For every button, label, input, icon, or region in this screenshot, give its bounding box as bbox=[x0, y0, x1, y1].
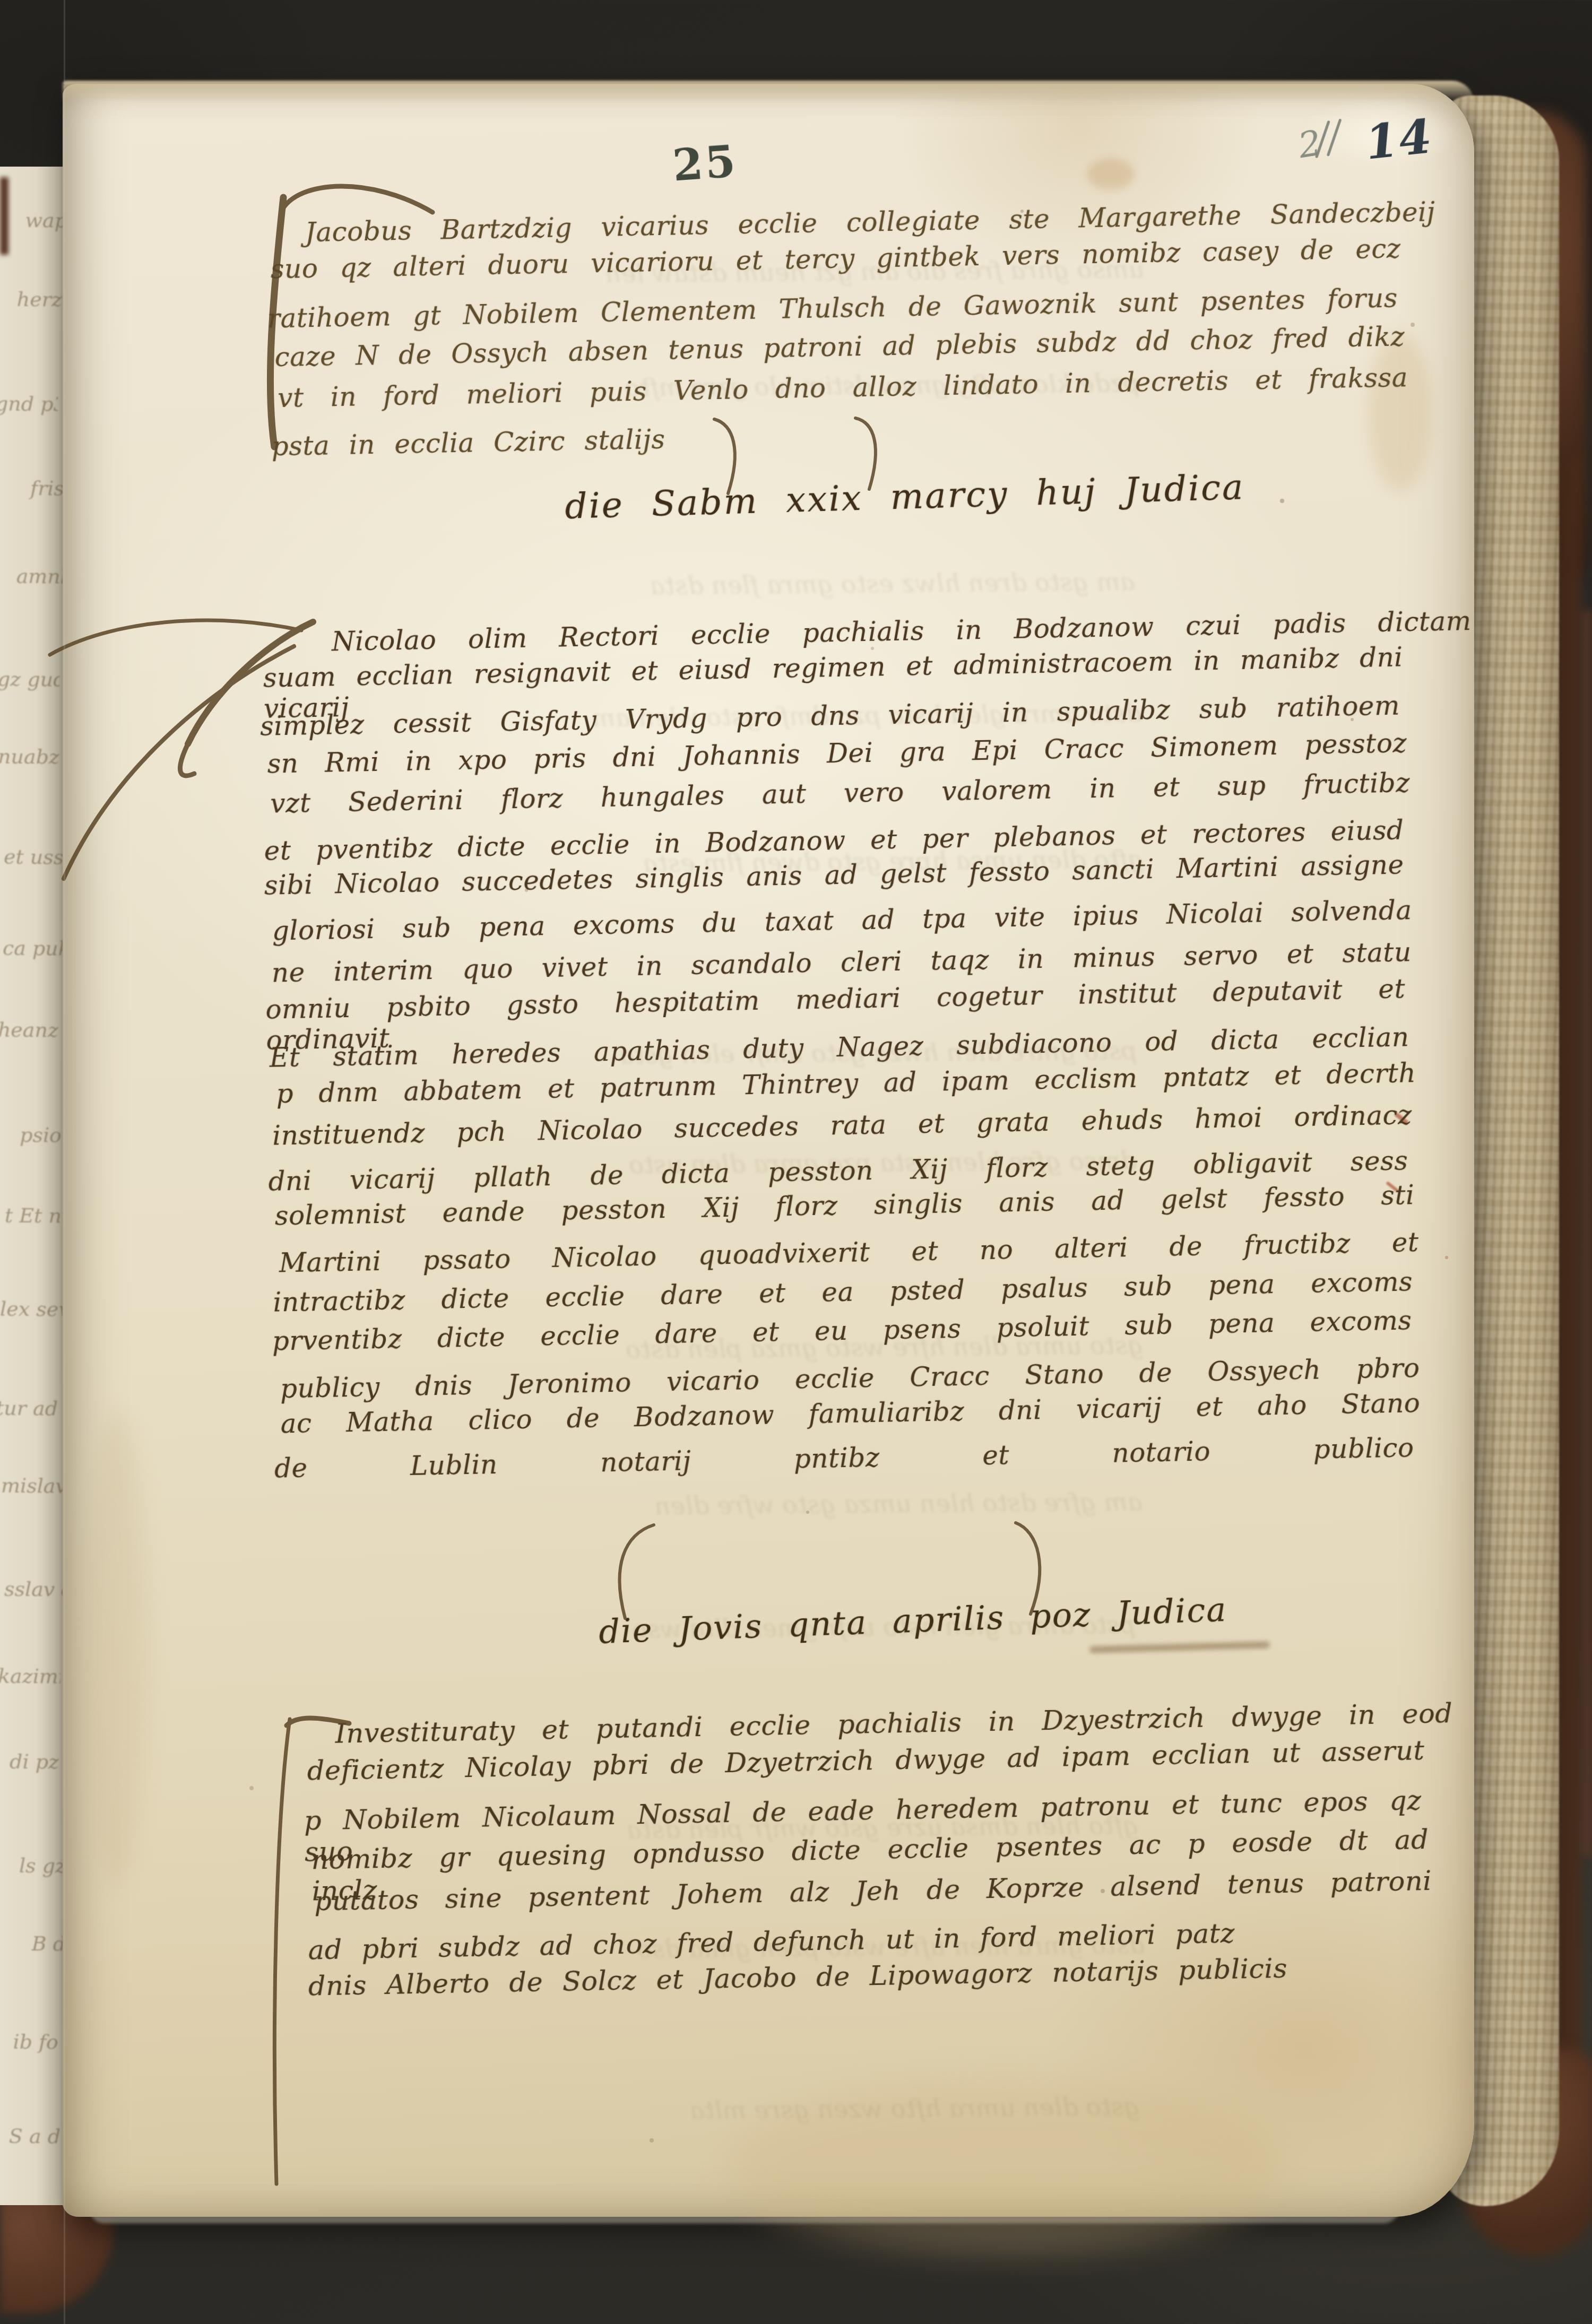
text-line: heanz bbox=[0, 1018, 58, 1042]
text-line: psta in ecclia Czirc stalijs bbox=[271, 424, 665, 462]
old-folio-number-struck: 2 bbox=[1295, 123, 1324, 167]
text-line: gnd p3 bbox=[0, 392, 58, 416]
text-line: nuabz bbox=[0, 744, 59, 768]
text-line: et ussf bbox=[4, 845, 66, 869]
text-line: psio bbox=[0, 1123, 62, 1147]
text-line: kazimiria bbox=[0, 1664, 60, 1688]
text-line: gz gud bbox=[0, 667, 60, 691]
folio-number: 14 bbox=[1363, 108, 1435, 170]
text-line: tur ad bbox=[0, 1396, 58, 1420]
glass-edge-line bbox=[64, 0, 65, 2324]
text-line: t Et num bbox=[5, 1204, 67, 1228]
text-line: de Lublin notarij pntibz et notario publ… bbox=[274, 1432, 1414, 1484]
text-line: lex sew bbox=[0, 1297, 63, 1321]
leather-cover-far-edge bbox=[1582, 610, 1592, 1857]
entry-block-investitura: Investituraty et putandi ecclie pachiali… bbox=[307, 1696, 1424, 1716]
text-line: ca pukind bbox=[2, 936, 65, 960]
text-line: ib fo bbox=[0, 2030, 59, 2053]
text-line: di pz bbox=[0, 1749, 59, 1773]
page-number: 25 bbox=[671, 136, 739, 191]
text-line: B d bbox=[3, 1932, 66, 1956]
text-line: sslav d bbox=[4, 1577, 67, 1601]
manuscript-page: umso ghra fres dlo am gzt heum dstaw len… bbox=[63, 84, 1474, 2217]
text-line: instituendz pch Nicolao succedes rata et… bbox=[272, 1100, 1413, 1151]
text-line: mislav d bbox=[1, 1474, 64, 1498]
text-line: S a d bbox=[0, 2124, 60, 2148]
date-heading-april: die Jovis qnta aprilis poz Judica bbox=[598, 1590, 1227, 1651]
text-line: gloriosi sub pena excoms du taxat ad tpa… bbox=[272, 895, 1412, 947]
text-line: ls gz bbox=[3, 1853, 66, 1877]
ink-layer: 25 2 14 Jacobus Bartzdzig vicarius eccli… bbox=[45, 72, 1495, 2231]
text-line: vt in ford meliori puis Venlo dno alloz … bbox=[278, 362, 1408, 413]
leather-sliver-top-left bbox=[0, 177, 8, 255]
entry-block-jacobus: Jacobus Bartzdzig vicarius ecclie colleg… bbox=[270, 194, 1400, 215]
photo-scene: wapherzgnd p3frisamnlgz gudnuabzet ussfc… bbox=[0, 0, 1592, 2324]
entry-block-nicolao: Nicolao olim Rectori ecclie pachialis in… bbox=[263, 604, 1403, 625]
date-heading-march: die Sabm xxix marcy huj Judica bbox=[564, 466, 1245, 527]
